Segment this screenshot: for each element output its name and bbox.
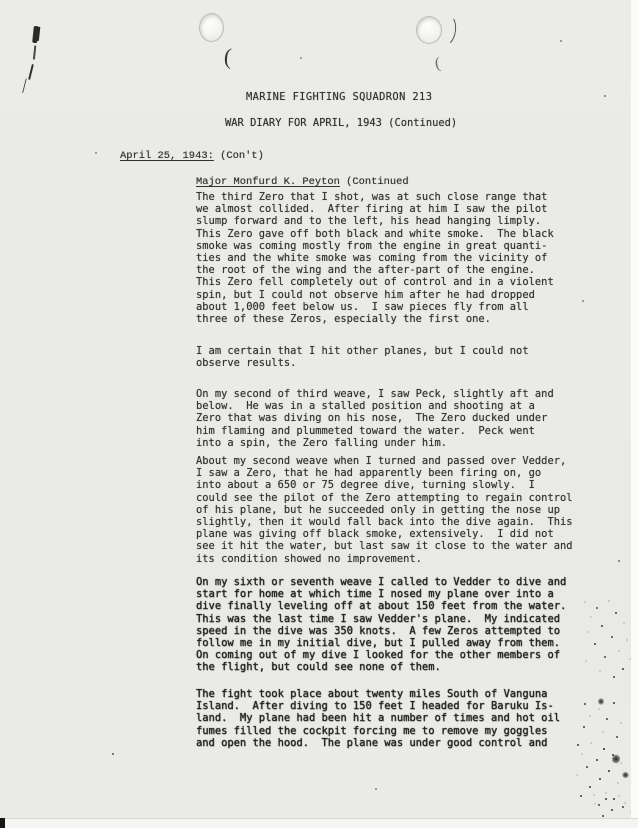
ink-blot — [598, 698, 604, 705]
pen-mark-curve — [434, 13, 458, 47]
punch-hole-left — [199, 13, 224, 42]
pen-mark-paren-right: ( — [434, 55, 442, 74]
paragraph-3: On my second of third weave, I saw Peck,… — [196, 388, 554, 449]
scan-corner-chip — [0, 818, 5, 828]
dust-speck — [112, 753, 114, 755]
scan-edge-bottom — [0, 818, 638, 828]
ink-blot — [622, 772, 629, 778]
section-note: (Continued — [340, 176, 409, 188]
date-note: (Con't) — [214, 150, 264, 162]
scan-edge-right — [631, 0, 638, 828]
pen-mark-slash — [28, 64, 34, 80]
scan-noise-cluster — [572, 740, 574, 742]
paragraph-2: I am certain that I hit other planes, bu… — [196, 345, 529, 369]
section-heading-line: Major Monfurd K. Peyton (Continued — [196, 176, 409, 188]
pen-mark-paren-left: ( — [223, 44, 232, 70]
dust-speck — [95, 152, 97, 154]
scanned-document-page: ( ( MARINE FIGHTING SQUADRON 213 WAR DIA… — [0, 0, 638, 828]
document-title: MARINE FIGHTING SQUADRON 213 — [246, 91, 432, 103]
paragraph-6: The fight took place about twenty miles … — [196, 688, 560, 749]
paragraph-5: On my sixth or seventh weave I called to… — [196, 576, 566, 674]
scan-noise-cluster — [582, 598, 584, 600]
paragraph-1: The third Zero that I shot, was at such … — [196, 191, 554, 325]
date-heading-line: April 25, 1943: (Con't) — [120, 150, 264, 162]
paragraph-4: About my second weave when I turned and … — [196, 455, 573, 565]
dust-speck — [582, 300, 584, 302]
ink-blot — [611, 753, 622, 765]
scan-noise-cluster — [578, 700, 580, 702]
dust-speck — [300, 57, 302, 59]
dust-speck — [618, 560, 620, 562]
document-subtitle: WAR DIARY FOR APRIL, 1943 (Continued) — [225, 117, 457, 129]
dust-speck — [375, 788, 377, 790]
scan-noise-cluster — [590, 792, 592, 794]
section-heading: Major Monfurd K. Peyton — [196, 176, 340, 188]
dust-speck — [560, 40, 562, 42]
date-heading: April 25, 1943: — [120, 150, 214, 162]
pen-mark-blob — [32, 26, 39, 43]
dust-speck — [604, 95, 606, 97]
